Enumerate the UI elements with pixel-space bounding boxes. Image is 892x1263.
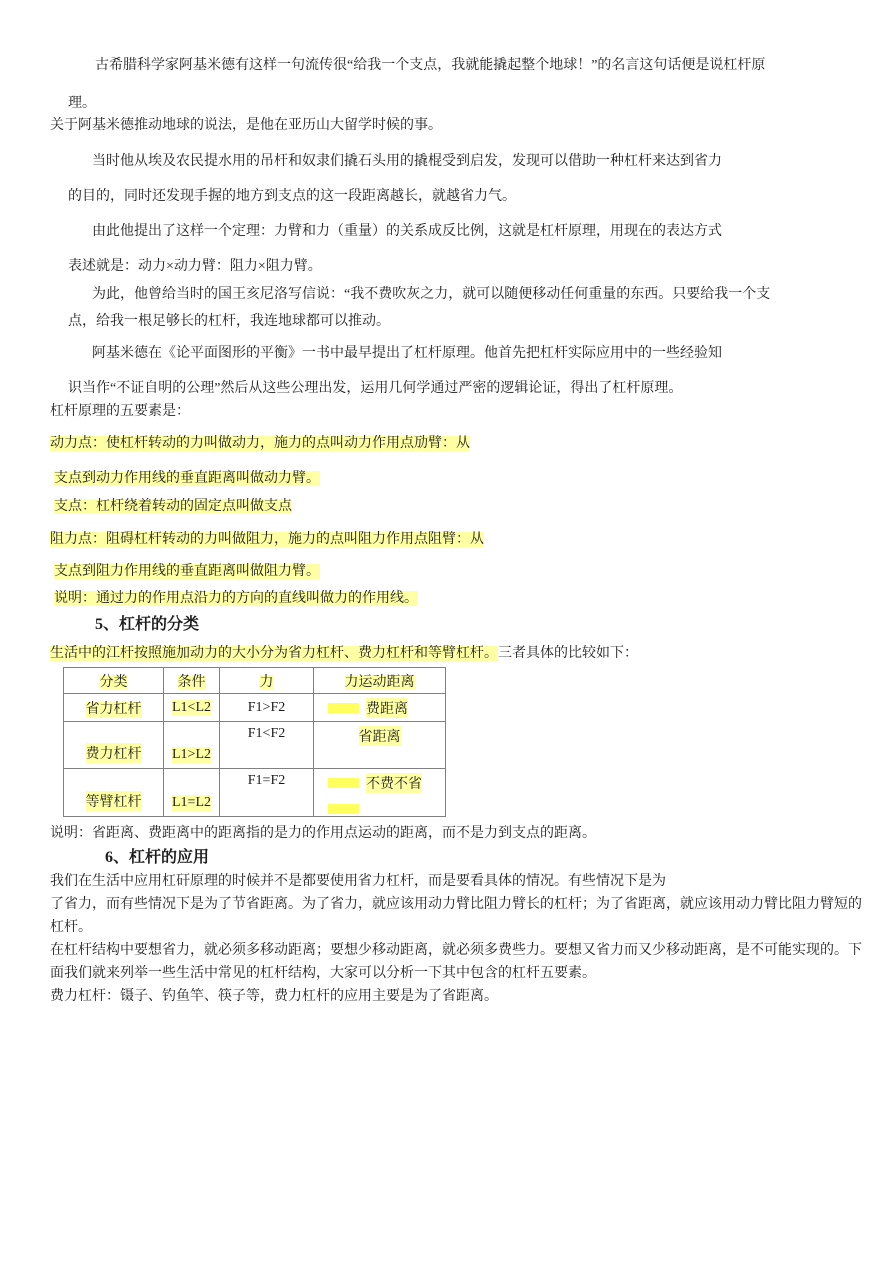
table-header-cell: 条件: [164, 668, 220, 694]
section5-heading: 5、杠杆的分类: [50, 613, 874, 636]
paragraph-theorem-line-2: 表述就是：动力×动力臂：阻力×阻力臂。: [50, 256, 874, 277]
table-cell-category: 省力杠杆: [64, 694, 164, 722]
paragraph-archimedes-quote-line-2: 理。: [50, 93, 874, 114]
five-elements-fulcrum: 支点：杠杆绕着转动的固定点叫做支点: [50, 496, 874, 517]
five-elements-intro: 杠杆原理的五要素是：: [50, 401, 874, 422]
paragraph-letter-line-1: 为此，他曾给当时的国王亥尼洛写信说：“我不费吹灰之力，就可以随便移动任何重量的东…: [50, 284, 874, 305]
table-cell-force: F1=F2: [220, 769, 314, 817]
table-row-effort-costing: 费力杠杆 L1>L2 F1<F2 省距离: [64, 722, 446, 769]
table-cell-force: F1>F2: [220, 694, 314, 722]
table-row-effort-saving: 省力杠杆 L1<L2 F1>F2 费距离: [64, 694, 446, 722]
section6-paragraph-3: 费力杠杆：镊子、钓鱼竿、筷子等，费力杠杆的应用主要是为了省距离。: [50, 985, 874, 1008]
five-elements-note: 说明：通过力的作用点沿力的方向的直线叫做力的作用线。: [50, 588, 874, 609]
table-header-cell: 力: [220, 668, 314, 694]
five-elements-effort-arm: 支点到动力作用线的垂直距离叫做动力臂。: [50, 468, 874, 489]
highlight-block: [328, 804, 359, 814]
highlight-block: [328, 703, 359, 713]
five-elements-effort-point: 动力点：使杠杆转动的力叫做动力，施力的点叫动力作用点劢臂：从: [50, 433, 874, 454]
section6-heading: 6、杠杆的应用: [50, 846, 874, 869]
table-cell-category: 费力杠杆: [64, 722, 164, 769]
table-cell-force: F1<F2: [220, 722, 314, 769]
table-header-cell: 力运动距离: [314, 668, 446, 694]
paragraph-book-line-2: 识当作“不证自明的公理”然后从这些公理出发，运用几何学通过严密的逻辑论证，得出了…: [50, 378, 874, 399]
paragraph-inspiration-line-2: 的目的，同时还发现手握的地方到支点的这一段距离越长，就越省力气。: [50, 186, 874, 207]
section5-note: 说明：省距离、费距离中的距离指的是力的作用点运动的距离，而不是力到支点的距离。: [50, 823, 874, 844]
table-cell-category: 等臂杠杆: [64, 769, 164, 817]
paragraph-letter-line-2: 点，给我一根足够长的杠杆，我连地球都可以推动。: [50, 311, 874, 332]
section6-paragraph-1-line-3: 杠杆。: [50, 916, 874, 939]
section6-paragraph-2-line-1: 在杠杆结构中要想省力，就必须多移动距离；要想少移动距离，就必须多费些力。要想又省…: [50, 939, 874, 962]
table-cell-condition: L1=L2: [164, 769, 220, 817]
lever-comparison-table: 分类 条件 力 力运动距离 省力杠杆 L1<L2 F1>F2 费距离 费力杠杆 …: [63, 667, 446, 817]
section6-paragraph-1-line-2: 了省力，而有些情况下是为了节省距离。为了省力，就应该用动力臂比阻力臂长的杠杆；为…: [50, 893, 874, 916]
table-header-cell: 分类: [64, 668, 164, 694]
section6-paragraph-1-line-1: 我们在生活中应用杠矸原理的时候并不是都要使用省力杠杆，而是要看具体的情况。有些情…: [50, 870, 874, 893]
highlight-block: [328, 778, 359, 788]
document-content: 古希腊科学家阿基米德有这样一句流传很“给我一个支点，我就能撬起整个地球！”的名言…: [50, 55, 874, 1008]
paragraph-inspiration-line-1: 当时他从埃及农民提水用的吊杆和奴隶们撬石头用的撬棍受到启发，发现可以借助一种杠杆…: [50, 151, 874, 172]
table-cell-condition: L1>L2: [164, 722, 220, 769]
document-page: 古希腊科学家阿基米德有这样一句流传很“给我一个支点，我就能撬起整个地球！”的名言…: [0, 0, 892, 1263]
paragraph-theorem-line-1: 由此他提出了这样一个定理：力臂和力（重量）的关系成反比例，这就是杠杆原理，用现在…: [50, 221, 874, 242]
section6-paragraph-2-line-2: 面我们就来列举一些生活中常见的杠杆结构，大家可以分析一下其中包含的杠杆五要素。: [50, 962, 874, 985]
five-elements-resistance-point: 阻力点：阻碍杠杆转动的力叫做阻力，施力的点叫阻力作用点阻臂：从: [50, 529, 874, 550]
table-cell-distance: 不费不省: [314, 769, 446, 817]
five-elements-resistance-arm: 支点到阻力作用线的垂直距离叫做阻力臂。: [50, 561, 874, 582]
paragraph-about-claim: 关于阿基米德推动地球的说法，是他在亚历山大留学时候的事。: [50, 115, 874, 136]
paragraph-book-line-1: 阿基米德在《论平面图形的平衡》一书中最早提出了杠杆原理。他首先把杠杆实际应用中的…: [50, 343, 874, 364]
section5-intro-line: 生活中的江杆按照施加动力的大小分为省力杠杆、费力杠杆和等臂杠杆。三者具体的比较如…: [50, 643, 874, 664]
table-header-row: 分类 条件 力 力运动距离: [64, 668, 446, 694]
table-cell-condition: L1<L2: [164, 694, 220, 722]
table-cell-distance: 费距离: [314, 694, 446, 722]
table-row-equal-arm: 等臂杠杆 L1=L2 F1=F2 不费不省: [64, 769, 446, 817]
paragraph-archimedes-quote-line-1: 古希腊科学家阿基米德有这样一句流传很“给我一个支点，我就能撬起整个地球！”的名言…: [50, 55, 874, 76]
table-cell-distance: 省距离: [314, 722, 446, 769]
